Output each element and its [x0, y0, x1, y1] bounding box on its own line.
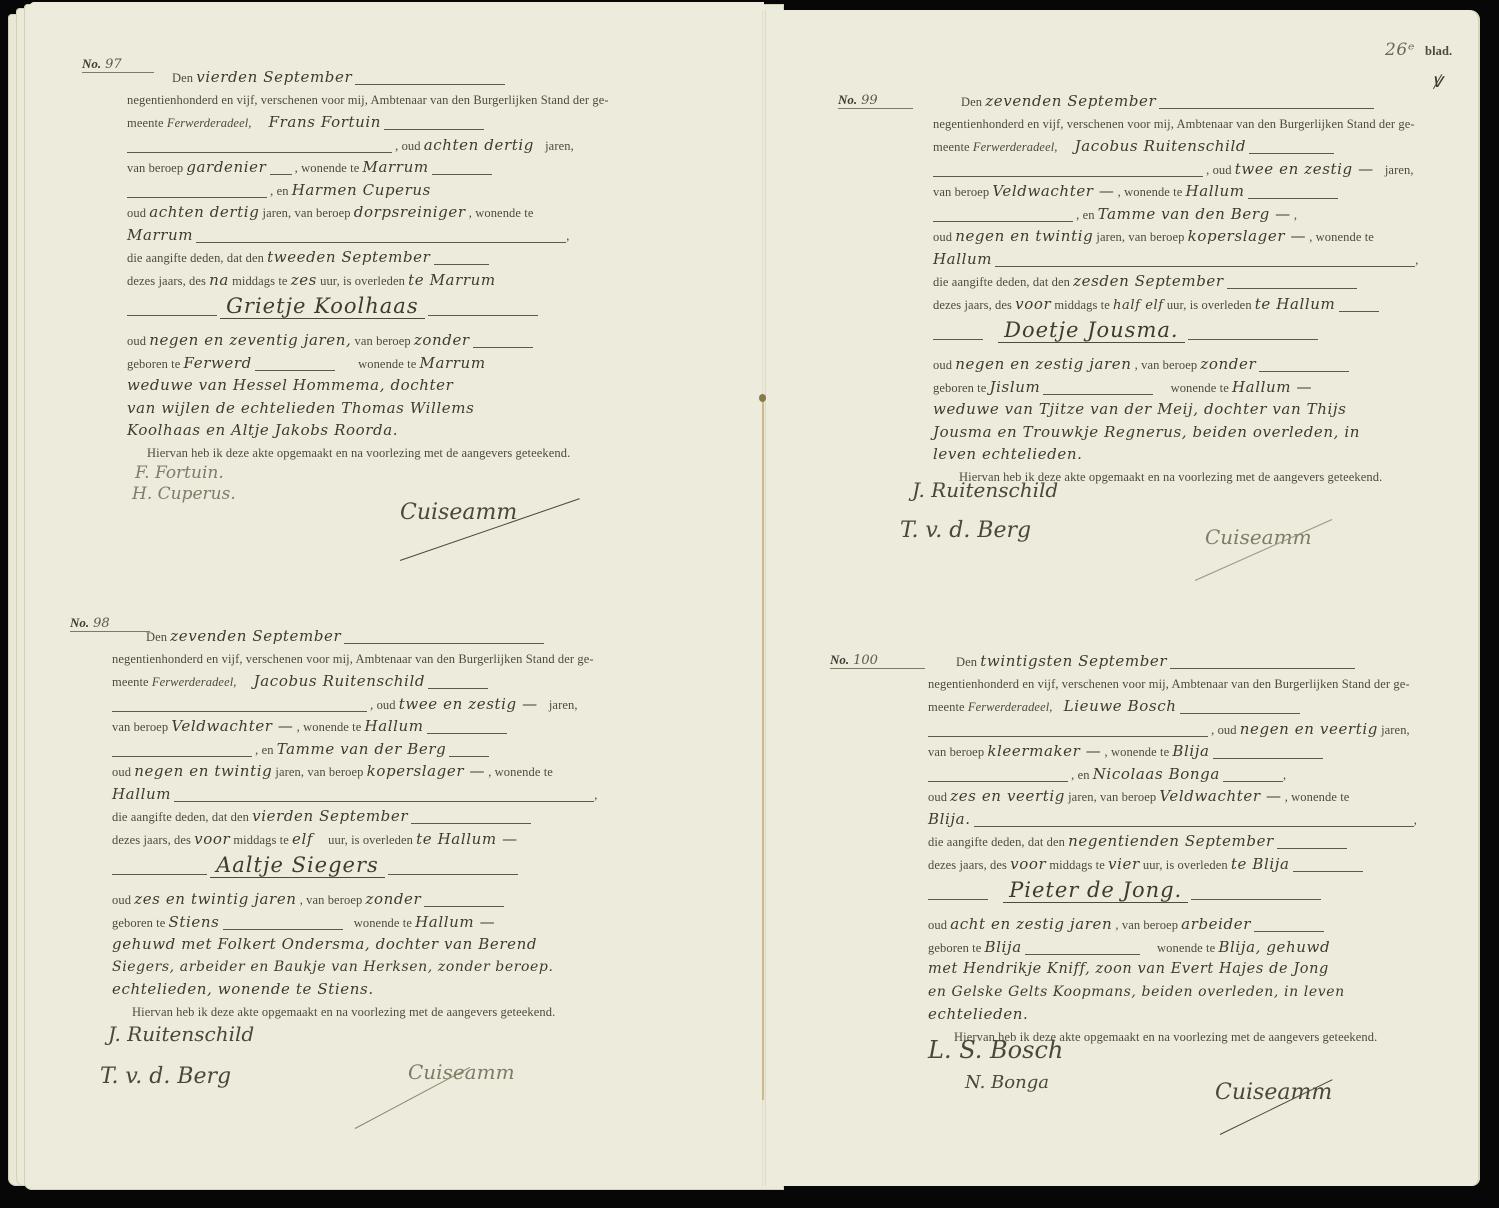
- remark-line: weduwe van Hessel Hommema, dochter: [127, 374, 652, 397]
- declarant1-age: twee en zestig —: [399, 695, 538, 713]
- declarant2-name: Harmen Cuperus: [292, 181, 431, 199]
- declarant2-age: zes en veertig: [950, 787, 1065, 805]
- binding-thread: [762, 400, 764, 1100]
- deceased-name: Doetje Jousma.: [998, 319, 1184, 343]
- signature-declarant2: T. v. d. Berg: [100, 1064, 231, 1089]
- deceased-residence: Hallum —: [415, 913, 495, 931]
- declarant1-age: achten dertig: [424, 136, 534, 154]
- deceased-occupation: zonder: [1200, 355, 1256, 373]
- binding-knot: [759, 394, 766, 402]
- declarant1-residence: Hallum: [1186, 182, 1245, 200]
- declarant1-occupation: gardenier: [186, 158, 266, 176]
- declarant1-occupation: Veldwachter —: [171, 717, 293, 735]
- record-number: No.99: [838, 92, 878, 108]
- declarant2-occupation: koperslager —: [1188, 227, 1306, 245]
- birthplace: Jislum: [990, 378, 1041, 396]
- sheet-number: 26ᵉ blad.: [1385, 40, 1452, 60]
- declarant1-residence: Marrum: [363, 158, 429, 176]
- remark-line: met Hendrikje Kniff, zoon van Evert Haje…: [928, 958, 1453, 981]
- remark-line: van wijlen de echtelieden Thomas Willems: [127, 397, 652, 420]
- death-date: vierden September: [252, 807, 408, 825]
- declarant2-age: negen en twintig: [134, 762, 272, 780]
- deceased-residence: Blija, gehuwd: [1218, 938, 1330, 956]
- death-date: zesden September: [1073, 272, 1224, 290]
- remark-line: weduwe van Tjitze van der Meij, dochter …: [933, 398, 1453, 421]
- declarant1-residence: Blija: [1172, 742, 1209, 760]
- death-date: negentienden September: [1068, 832, 1274, 850]
- declarant2-name: Tamme van der Berg: [277, 740, 447, 758]
- death-record-97: Den vierden September negentienhonderd e…: [127, 66, 652, 464]
- registration-date: zevenden September: [985, 92, 1156, 110]
- closing-statement: Hiervan heb ik deze akte opgemaakt en na…: [112, 1001, 632, 1024]
- declarant2-residence: Blija.: [928, 810, 971, 828]
- death-date: tweeden September: [267, 248, 430, 266]
- deceased-age: zes en twintig jaren: [134, 890, 296, 908]
- record-number-line: [838, 108, 913, 109]
- deceased-name: Pieter de Jong.: [1003, 879, 1188, 903]
- declarant2-age: negen en twintig: [955, 227, 1093, 245]
- declarant1-name: Jacobus Ruitenschild: [1075, 137, 1246, 155]
- remark-line: Siegers, arbeider en Baukje van Herksen,…: [112, 956, 632, 979]
- declarant2-occupation: koperslager —: [367, 762, 485, 780]
- registration-date: vierden September: [196, 68, 352, 86]
- remark-line: echtelieden, wonende te Stiens.: [112, 978, 632, 1001]
- declarant1-name: Lieuwe Bosch: [1064, 697, 1177, 715]
- death-place: te Hallum —: [416, 830, 518, 848]
- deceased-age: negen en zeventig jaren,: [149, 331, 351, 349]
- birthplace: Stiens: [169, 913, 220, 931]
- deceased-occupation: zonder: [365, 890, 421, 908]
- folio-mark: ꝟ: [1432, 66, 1443, 93]
- remark-line: Koolhaas en Altje Jakobs Roorda.: [127, 419, 652, 442]
- registration-date: twintigsten September: [980, 652, 1167, 670]
- death-place: te Marrum: [408, 271, 496, 289]
- closing-statement: Hiervan heb ik deze akte opgemaakt en na…: [127, 442, 652, 465]
- signature-declarant1: J. Ruitenschild: [108, 1022, 254, 1046]
- signature-declarant2: T. v. d. Berg: [900, 518, 1031, 543]
- declarant2-name: Tamme van den Berg —: [1098, 205, 1291, 223]
- record-number: No.100: [830, 652, 878, 668]
- signature-official: Cuiseamm: [1215, 1080, 1332, 1105]
- signature-official: Cuiseamm: [400, 500, 517, 525]
- remark-line: Jousma en Trouwkje Regnerus, beiden over…: [933, 421, 1453, 444]
- declarant2-residence: Hallum: [112, 785, 171, 803]
- deceased-residence: Marrum: [420, 354, 486, 372]
- death-place: te Blija: [1231, 855, 1290, 873]
- declarant2-name: Nicolaas Bonga: [1093, 765, 1220, 783]
- deceased-residence: Hallum —: [1232, 378, 1312, 396]
- record-number-line: [830, 668, 925, 669]
- deceased-occupation: zonder: [414, 331, 470, 349]
- signature-declarant1: F. Fortuin.: [135, 463, 224, 483]
- deceased-age: negen en zestig jaren: [955, 355, 1131, 373]
- declarant1-name: Jacobus Ruitenschild: [254, 672, 425, 690]
- birthplace: Blija: [985, 938, 1022, 956]
- remark-line: gehuwd met Folkert Ondersma, dochter van…: [112, 933, 632, 956]
- declarant2-occupation: dorpsreiniger: [354, 203, 466, 221]
- death-record-98: Den zevenden September negentienhonderd …: [112, 625, 632, 1023]
- signature-declarant2: H. Cuperus.: [132, 484, 236, 504]
- remark-line: leven echtelieden.: [933, 443, 1453, 466]
- deceased-name: Grietje Koolhaas: [220, 295, 424, 319]
- declarant2-age: achten dertig: [149, 203, 259, 221]
- death-place: te Hallum: [1255, 295, 1336, 313]
- signature-declarant2: N. Bonga: [965, 1072, 1049, 1093]
- deceased-age: acht en zestig jaren: [950, 915, 1112, 933]
- declarant2-occupation: Veldwachter —: [1159, 787, 1281, 805]
- signature-declarant1: J. Ruitenschild: [912, 478, 1058, 502]
- remark-line: en Gelske Gelts Koopmans, beiden overled…: [928, 981, 1453, 1004]
- record-number: No.98: [70, 615, 110, 631]
- signature-declarant1: L. S. Bosch: [928, 1036, 1063, 1064]
- birthplace: Ferwerd: [184, 354, 252, 372]
- registration-date: zevenden September: [170, 627, 341, 645]
- declarant1-name: Frans Fortuin: [269, 113, 381, 131]
- remark-line: echtelieden.: [928, 1003, 1453, 1026]
- deceased-name: Aaltje Siegers: [210, 854, 385, 878]
- declarant1-age: negen en veertig: [1240, 720, 1378, 738]
- declarant2-residence: Marrum: [127, 226, 193, 244]
- record-number: No.97: [82, 56, 122, 72]
- death-record-99: Den zevenden September negentienhonderd …: [933, 90, 1453, 488]
- declarant1-occupation: kleermaker —: [987, 742, 1101, 760]
- declarant1-residence: Hallum: [365, 717, 424, 735]
- signature-official: Cuiseamm: [1205, 525, 1312, 549]
- deceased-occupation: arbeider: [1181, 915, 1251, 933]
- declarant1-occupation: Veldwachter —: [992, 182, 1114, 200]
- death-record-100: Den twintigsten September negentienhonde…: [928, 650, 1453, 1048]
- declarant1-age: twee en zestig —: [1235, 160, 1374, 178]
- declarant2-residence: Hallum: [933, 250, 992, 268]
